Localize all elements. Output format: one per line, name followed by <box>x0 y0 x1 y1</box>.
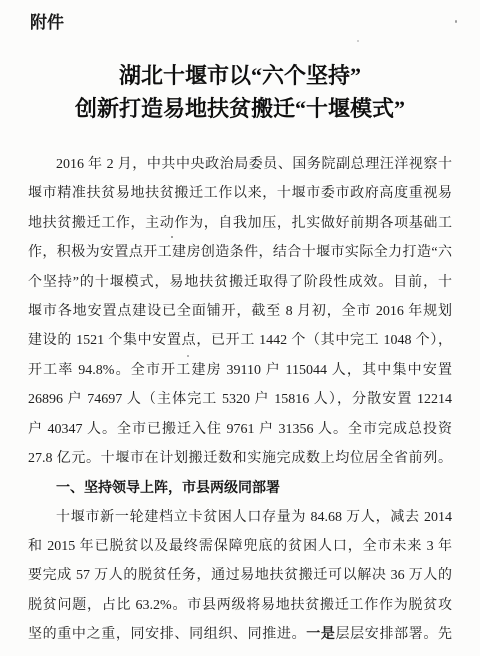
scanned-document-page: { "doc": { "attachment_label": "附件", "ti… <box>0 0 480 656</box>
scan-speck <box>357 40 359 42</box>
document-body: 2016 年 2 月，中共中央政治局委员、国务院副总理汪洋视察十 堰市精准扶贫易… <box>28 150 452 650</box>
section-heading: 一、坚持领导上阵，市县两级同部署 <box>28 473 452 502</box>
body-line: 建设的 1521 个集中安置点，已开工 1442 个（其中完工 1048 个）， <box>28 326 452 355</box>
body-line: 地扶贫搬迁工作，主动作为，自我加压，扎实做好前期各项基础工 <box>28 209 452 238</box>
scan-speck <box>187 355 189 357</box>
body-line: 和 2015 年已脱贫以及最终需保障兜底的贫困人口，全市未来 3 年 <box>28 532 452 561</box>
document-title-line1: 湖北十堰市以“六个坚持” <box>0 59 480 92</box>
scan-speck <box>455 20 457 23</box>
body-line: 堰市各地安置点建设已全面铺开，截至 8 月初，全市 2016 年规划 <box>28 297 452 326</box>
document-title: 湖北十堰市以“六个坚持” 创新打造易地扶贫搬迁“十堰模式” <box>0 59 480 125</box>
attachment-label: 附件 <box>30 13 480 33</box>
body-line: 作，积极为安置点开工建房创造条件，结合十堰市实际全力打造“六 <box>28 238 452 267</box>
body-line: 户 40347 人。全市已搬迁入住 9761 户 31356 人。全市完成总投资 <box>28 415 452 444</box>
body-line-segment: 层层安排部署。先 <box>336 627 452 642</box>
body-line: 坚的重中之重，同安排、同组织、同推进。一是层层安排部署。先 <box>28 620 452 649</box>
body-line: 2016 年 2 月，中共中央政治局委员、国务院副总理汪洋视察十 <box>28 150 452 179</box>
emphasis-run: 一是 <box>306 627 335 642</box>
body-line: 个坚持”的十堰模式，易地扶贫搬迁取得了阶段性成效。目前，十 <box>28 268 452 297</box>
body-line: 堰市精准扶贫易地扶贫搬迁工作以来，十堰市委市政府高度重视易 <box>28 179 452 208</box>
body-line: 十堰市新一轮建档立卡贫困人口存量为 84.68 万人，减去 2014 <box>28 503 452 532</box>
scan-speck <box>171 236 173 238</box>
body-line-segment: 坚的重中之重，同安排、同组织、同推进。 <box>28 627 306 642</box>
body-line: 脱贫问题，占比 63.2%。市县两级将易地扶贫搬迁工作作为脱贫攻 <box>28 591 452 620</box>
body-line: 26896 户 74697 人（主体完工 5320 户 15816 人），分散安… <box>28 385 452 414</box>
body-line: 要完成 57 万人的脱贫任务，通过易地扶贫搬迁可以解决 36 万人的 <box>28 561 452 590</box>
document-title-line2: 创新打造易地扶贫搬迁“十堰模式” <box>0 92 480 125</box>
body-line: 开工率 94.8%。全市开工建房 39110 户 115044 人，其中集中安置 <box>28 356 452 385</box>
body-line: 27.8 亿元。十堰市在计划搬迁数和实施完成数上均位居全省前列。 <box>28 444 452 473</box>
